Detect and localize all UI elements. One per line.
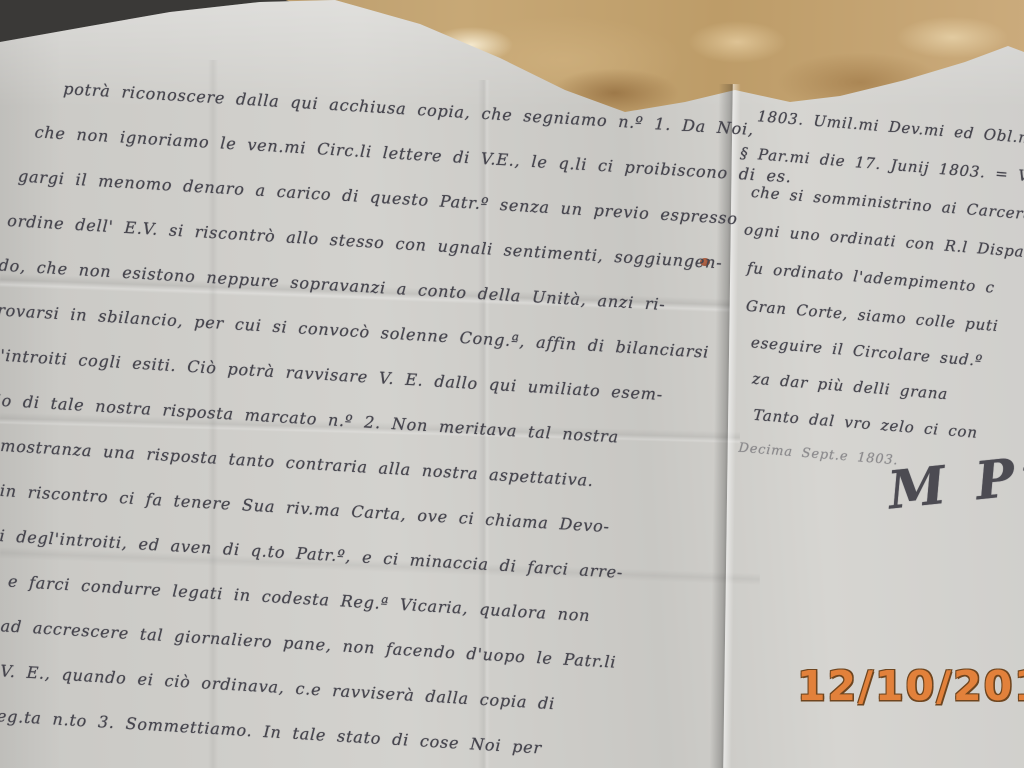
camera-date-stamp: 12/10/2013 (797, 662, 1024, 710)
photo-of-manuscript: potrà riconoscere dalla qui acchiusa cop… (0, 0, 1024, 768)
